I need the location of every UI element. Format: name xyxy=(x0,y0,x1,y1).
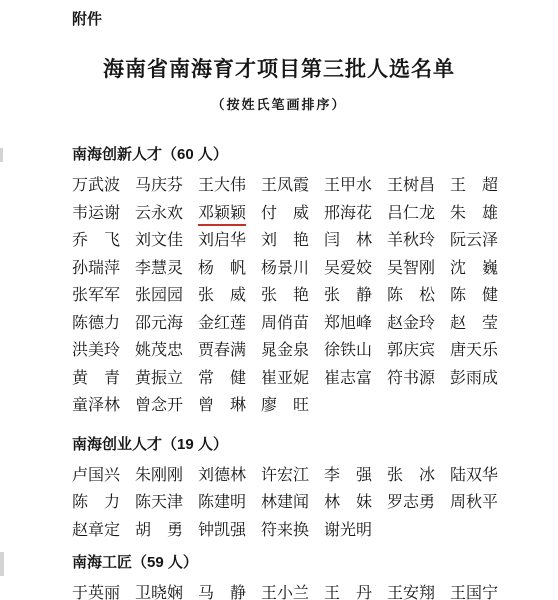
person-name: 王安翔 xyxy=(387,580,450,600)
name-row: 陈 力陈天津陈建明林建闻林 妹罗志勇周秋平 xyxy=(72,489,514,517)
person-name: 童泽林 xyxy=(72,392,135,420)
name-row: 孙瑞萍李慧灵杨 帆杨景川吴爱姣吴智刚沈 巍 xyxy=(72,255,514,283)
names-grid: 卢国兴朱刚刚刘德林许宏江李 强张 冰陆双华陈 力陈天津陈建明林建闻林 妹罗志勇周… xyxy=(72,462,514,545)
person-name: 郑旭峰 xyxy=(324,310,387,338)
person-name: 韦运谢 xyxy=(72,200,135,228)
names-grid: 万武波马庆芬王大伟王凤霞王甲水王树昌王 超韦运谢云永欢邓颖颖付 威邢海花吕仁龙朱… xyxy=(72,172,514,420)
person-name: 周秋平 xyxy=(450,489,513,517)
person-name: 陈天津 xyxy=(135,489,198,517)
scan-artifact xyxy=(0,552,4,576)
person-name: 谢光明 xyxy=(324,517,387,545)
talent-section: 南海创业人才（19 人）卢国兴朱刚刚刘德林许宏江李 强张 冰陆双华陈 力陈天津陈… xyxy=(72,434,514,545)
person-name: 乔 飞 xyxy=(72,227,135,255)
person-name: 张 冰 xyxy=(387,462,450,490)
talent-section: 南海创新人才（60 人）万武波马庆芬王大伟王凤霞王甲水王树昌王 超韦运谢云永欢邓… xyxy=(72,144,514,420)
sections-container: 南海创新人才（60 人）万武波马庆芬王大伟王凤霞王甲水王树昌王 超韦运谢云永欢邓… xyxy=(72,144,514,600)
person-name: 张 艳 xyxy=(261,282,324,310)
person-name: 王树昌 xyxy=(387,172,450,200)
person-name: 王大伟 xyxy=(198,172,261,200)
person-name: 胡 勇 xyxy=(135,517,198,545)
person-name: 曾 琳 xyxy=(198,392,261,420)
person-name: 刘启华 xyxy=(198,227,261,255)
document-page: 附件 海南省南海育才项目第三批人选名单 （按姓氏笔画排序） 南海创新人才（60 … xyxy=(0,0,558,600)
person-name: 陆双华 xyxy=(450,462,513,490)
person-name: 罗志勇 xyxy=(387,489,450,517)
person-name: 王 超 xyxy=(450,172,513,200)
person-name: 刘德林 xyxy=(198,462,261,490)
person-name: 林建闻 xyxy=(261,489,324,517)
person-name: 姚茂忠 xyxy=(135,337,198,365)
person-name: 闫 林 xyxy=(324,227,387,255)
person-name: 曾念开 xyxy=(135,392,198,420)
section-heading: 南海创业人才（19 人） xyxy=(72,434,514,456)
person-name: 唐天乐 xyxy=(450,337,513,365)
person-name: 陈建明 xyxy=(198,489,261,517)
name-row: 卢国兴朱刚刚刘德林许宏江李 强张 冰陆双华 xyxy=(72,462,514,490)
person-name: 贾春满 xyxy=(198,337,261,365)
person-name: 徐铁山 xyxy=(324,337,387,365)
person-name: 钟凯强 xyxy=(198,517,261,545)
person-name: 杨景川 xyxy=(261,255,324,283)
person-name: 沈 巍 xyxy=(450,255,513,283)
person-name: 卫晓娴 xyxy=(135,580,198,600)
person-name: 李慧灵 xyxy=(135,255,198,283)
person-name: 赵 莹 xyxy=(450,310,513,338)
person-name: 张军军 xyxy=(72,282,135,310)
person-name: 吴爱姣 xyxy=(324,255,387,283)
person-name: 陈 松 xyxy=(387,282,450,310)
person-name: 刘 艳 xyxy=(261,227,324,255)
person-name: 孙瑞萍 xyxy=(72,255,135,283)
scan-artifact xyxy=(0,148,3,162)
person-name: 王甲水 xyxy=(324,172,387,200)
person-name: 张 威 xyxy=(198,282,261,310)
person-name: 黄 青 xyxy=(72,365,135,393)
person-name: 陈 力 xyxy=(72,489,135,517)
person-name: 张 静 xyxy=(324,282,387,310)
page-subtitle: （按姓氏笔画排序） xyxy=(0,96,558,114)
person-name: 万武波 xyxy=(72,172,135,200)
person-name: 邓颖颖 xyxy=(198,200,261,228)
person-name: 邵元海 xyxy=(135,310,198,338)
person-name: 马庆芬 xyxy=(135,172,198,200)
person-name: 张园园 xyxy=(135,282,198,310)
person-name: 于英丽 xyxy=(72,580,135,600)
person-name: 崔亚妮 xyxy=(261,365,324,393)
name-row: 陈德力邵元海金红莲周俏苗郑旭峰赵金玲赵 莹 xyxy=(72,310,514,338)
person-name: 王小兰 xyxy=(261,580,324,600)
names-grid: 于英丽卫晓娴马 静王小兰王 丹王安翔王国宁 xyxy=(72,580,514,600)
person-name: 吴智刚 xyxy=(387,255,450,283)
person-name: 崔志富 xyxy=(324,365,387,393)
person-name: 郭庆宾 xyxy=(387,337,450,365)
person-name: 阮云泽 xyxy=(450,227,513,255)
person-name: 黄振立 xyxy=(135,365,198,393)
name-row: 张军军张园园张 威张 艳张 静陈 松陈 健 xyxy=(72,282,514,310)
person-name: 常 健 xyxy=(198,365,261,393)
name-row: 洪美玲姚茂忠贾春满晁金泉徐铁山郭庆宾唐天乐 xyxy=(72,337,514,365)
person-name: 朱刚刚 xyxy=(135,462,198,490)
person-name: 洪美玲 xyxy=(72,337,135,365)
person-name: 赵金玲 xyxy=(387,310,450,338)
person-name: 吕仁龙 xyxy=(387,200,450,228)
person-name: 陈德力 xyxy=(72,310,135,338)
person-name: 彭雨成 xyxy=(450,365,513,393)
person-name: 许宏江 xyxy=(261,462,324,490)
name-row: 赵章定胡 勇钟凯强符来换谢光明 xyxy=(72,517,514,545)
person-name: 符来换 xyxy=(261,517,324,545)
person-name: 付 威 xyxy=(261,200,324,228)
person-name: 金红莲 xyxy=(198,310,261,338)
name-row: 韦运谢云永欢邓颖颖付 威邢海花吕仁龙朱 雄 xyxy=(72,200,514,228)
name-row: 童泽林曾念开曾 琳廖 旺 xyxy=(72,392,514,420)
person-name: 周俏苗 xyxy=(261,310,324,338)
attachment-label: 附件 xyxy=(72,10,514,30)
person-name: 赵章定 xyxy=(72,517,135,545)
person-name: 邢海花 xyxy=(324,200,387,228)
person-name: 卢国兴 xyxy=(72,462,135,490)
name-row: 于英丽卫晓娴马 静王小兰王 丹王安翔王国宁 xyxy=(72,580,514,600)
person-name: 王 丹 xyxy=(324,580,387,600)
person-name: 王国宁 xyxy=(450,580,513,600)
person-name: 晁金泉 xyxy=(261,337,324,365)
section-heading: 南海创新人才（60 人） xyxy=(72,144,514,166)
name-row: 乔 飞刘文佳刘启华刘 艳闫 林羊秋玲阮云泽 xyxy=(72,227,514,255)
person-name: 马 静 xyxy=(198,580,261,600)
person-name: 王凤霞 xyxy=(261,172,324,200)
name-row: 黄 青黄振立常 健崔亚妮崔志富符书源彭雨成 xyxy=(72,365,514,393)
person-name: 廖 旺 xyxy=(261,392,324,420)
person-name: 林 妹 xyxy=(324,489,387,517)
person-name: 符书源 xyxy=(387,365,450,393)
name-row: 万武波马庆芬王大伟王凤霞王甲水王树昌王 超 xyxy=(72,172,514,200)
person-name: 杨 帆 xyxy=(198,255,261,283)
talent-section: 南海工匠（59 人）于英丽卫晓娴马 静王小兰王 丹王安翔王国宁 xyxy=(72,552,514,600)
person-name: 羊秋玲 xyxy=(387,227,450,255)
person-name: 李 强 xyxy=(324,462,387,490)
person-name: 朱 雄 xyxy=(450,200,513,228)
page-title: 海南省南海育才项目第三批人选名单 xyxy=(0,56,558,84)
person-name: 云永欢 xyxy=(135,200,198,228)
person-name: 刘文佳 xyxy=(135,227,198,255)
person-name: 陈 健 xyxy=(450,282,513,310)
section-heading: 南海工匠（59 人） xyxy=(72,552,514,574)
